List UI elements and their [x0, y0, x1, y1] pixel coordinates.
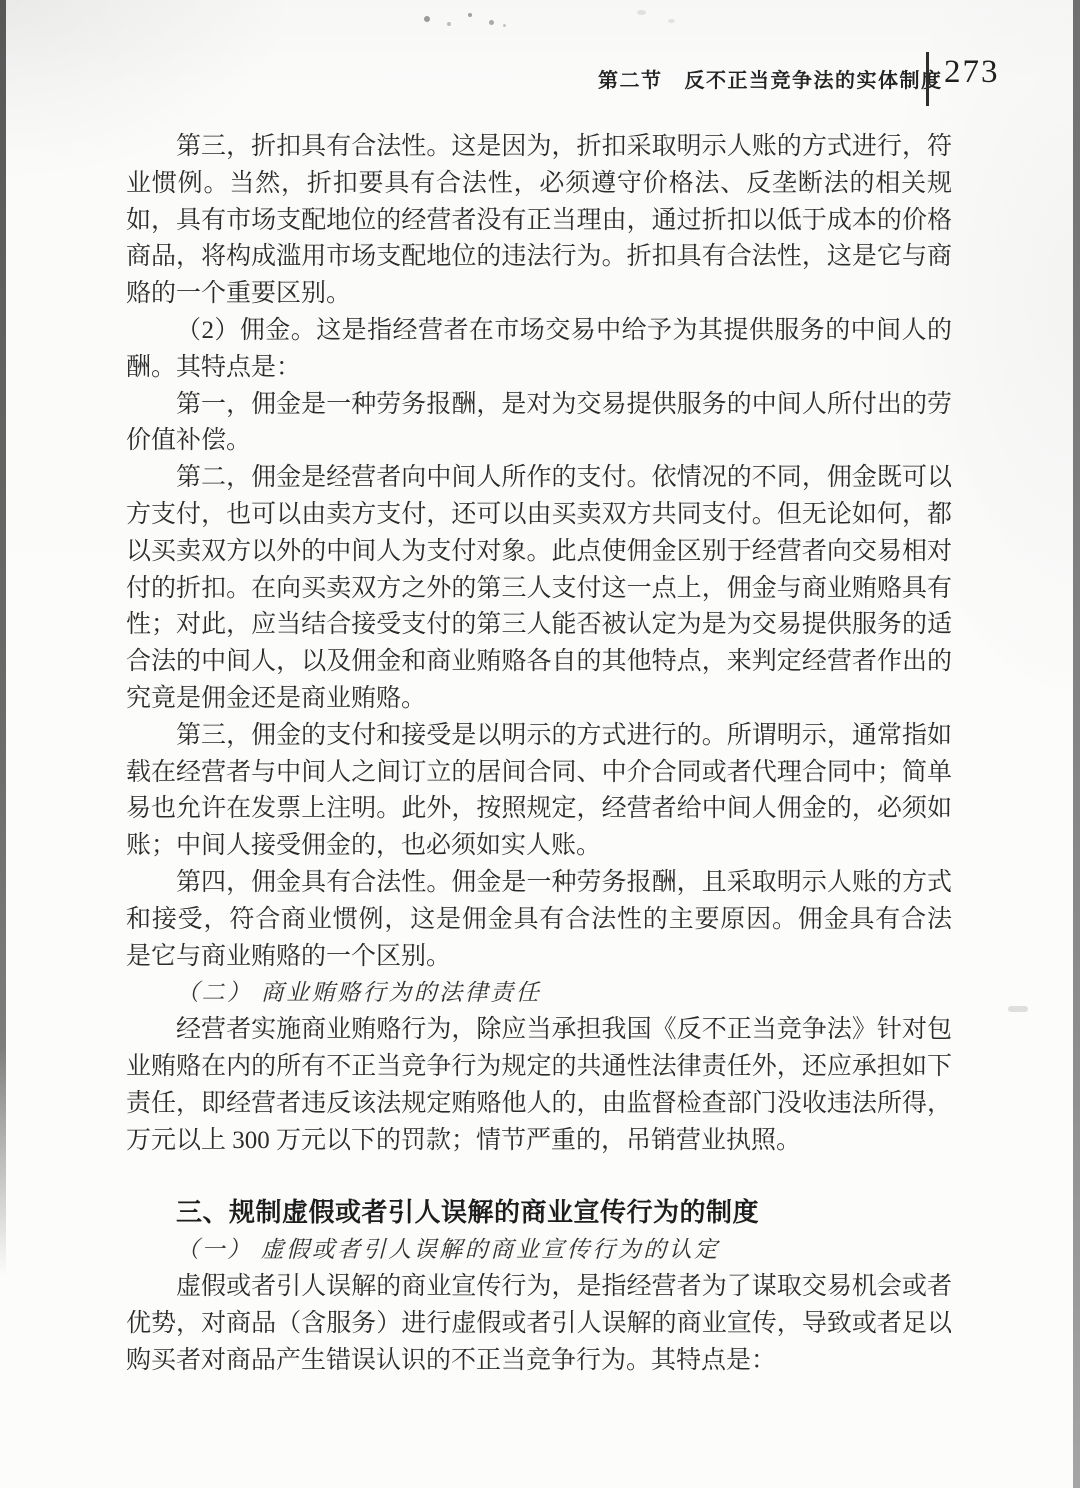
body-text-line: 账；中间人接受佣金的，也必须如实人账。	[126, 828, 952, 865]
running-head: 第二节反不正当竞争法的实体制度	[598, 64, 943, 93]
body-text-line: 酬。其特点是：	[126, 350, 952, 387]
body-text-line: 究竟是佣金还是商业贿赂。	[126, 681, 952, 718]
scan-edge-right	[1073, 0, 1080, 1488]
sub-heading-line: （一） 虚假或者引人误解的商业宣传行为的认定	[126, 1232, 952, 1269]
scan-speck	[424, 16, 430, 22]
scan-speck	[489, 20, 494, 25]
body-text-line: 赂的一个重要区别。	[126, 276, 952, 313]
body-text-line: 第一，佣金是一种劳务报酬，是对为交易提供服务的中间人所付出的劳务的	[126, 387, 952, 424]
body-text-line: 和接受，符合商业惯例，这是佣金具有合法性的主要原因。佣金具有合法性，这	[126, 902, 952, 939]
scan-edge-left	[0, 0, 6, 1275]
sub-heading-line: （二） 商业贿赂行为的法律责任	[126, 975, 952, 1012]
body-text-line: 商品，将构成滥用市场支配地位的违法行为。折扣具有合法性，这是它与商业贿	[126, 239, 952, 276]
scan-speck	[668, 19, 675, 23]
body-text-line: 性；对此，应当结合接受支付的第三人能否被认定为是为交易提供服务的适格、	[126, 607, 952, 644]
body-text-line: 合法的中间人，以及佣金和商业贿赂各自的其他特点，来判定经营者作出的支付	[126, 644, 952, 681]
header-divider-rule	[926, 52, 929, 106]
body-text-line: 业惯例。当然，折扣要具有合法性，必须遵守价格法、反垄断法的相关规定。例	[126, 166, 952, 203]
body-text-line: 第四，佣金具有合法性。佣金是一种劳务报酬，且采取明示人账的方式支付	[126, 865, 952, 902]
body-text-line: （2）佣金。这是指经营者在市场交易中给予为其提供服务的中间人的劳务报	[126, 313, 952, 350]
section-label: 第二节	[598, 70, 663, 92]
body-text-line: 第二，佣金是经营者向中间人所作的支付。依情况的不同，佣金既可以由买	[126, 460, 952, 497]
body-text-line: 虚假或者引人误解的商业宣传行为，是指经营者为了谋取交易机会或者竞争	[126, 1269, 952, 1306]
scan-smudge	[1008, 1006, 1028, 1012]
book-page: 第二节反不正当竞争法的实体制度 273 第三，折扣具有合法性。这是因为，折扣采取…	[0, 0, 1080, 1488]
body-text-line: 是它与商业贿赂的一个区别。	[126, 939, 952, 976]
body-text-line: 方支付，也可以由卖方支付，还可以由买卖双方共同支付。但无论如何，都必须	[126, 497, 952, 534]
body-text-line: 价值补偿。	[126, 423, 952, 460]
page-body-text: 第三，折扣具有合法性。这是因为，折扣采取明示人账的方式进行，符合商业惯例。当然，…	[126, 129, 952, 1380]
body-text-line: 优势，对商品（含服务）进行虚假或者引人误解的商业宣传，导致或者足以导致	[126, 1306, 952, 1343]
section-heading: 三、规制虚假或者引人误解的商业宣传行为的制度	[126, 1192, 952, 1232]
section-title: 反不正当竞争法的实体制度	[685, 70, 943, 92]
scan-speck	[447, 22, 451, 26]
body-text-line: 第三，折扣具有合法性。这是因为，折扣采取明示人账的方式进行，符合商	[126, 129, 952, 166]
body-text-line: 易也允许在发票上注明。此外，按照规定，经营者给中间人佣金的，必须如实人	[126, 791, 952, 828]
body-text-line: 如，具有市场支配地位的经营者没有正当理由，通过折扣以低于成本的价格销售	[126, 203, 952, 240]
body-text-line: 付的折扣。在向买卖双方之外的第三人支付这一点上，佣金与商业贿赂具有相似	[126, 571, 952, 608]
scan-speck	[637, 10, 646, 15]
body-text-line: 责任，即经营者违反该法规定贿赂他人的，由监督检查部门没收违法所得，处 10	[126, 1086, 952, 1123]
body-text-line: 以买卖双方以外的中间人为支付对象。此点使佣金区别于经营者向交易相对方支	[126, 534, 952, 571]
body-text-line: 购买者对商品产生错误认识的不正当竞争行为。其特点是：	[126, 1343, 952, 1380]
body-text-line: 经营者实施商业贿赂行为，除应当承担我国《反不正当竞争法》针对包括商	[126, 1012, 952, 1049]
scan-speck	[503, 24, 506, 27]
page-number: 273	[944, 54, 1000, 91]
body-text-line: 业贿赂在内的所有不正当竞争行为规定的共通性法律责任外，还应承担如下特定	[126, 1049, 952, 1086]
body-text-line: 载在经营者与中间人之间订立的居间合同、中介合同或者代理合同中；简单的交	[126, 755, 952, 792]
body-text-line: 第三，佣金的支付和接受是以明示的方式进行的。所谓明示，通常指如实记	[126, 718, 952, 755]
scan-speck	[468, 13, 472, 17]
body-text-line: 万元以上 300 万元以下的罚款；情节严重的，吊销营业执照。	[126, 1123, 952, 1160]
